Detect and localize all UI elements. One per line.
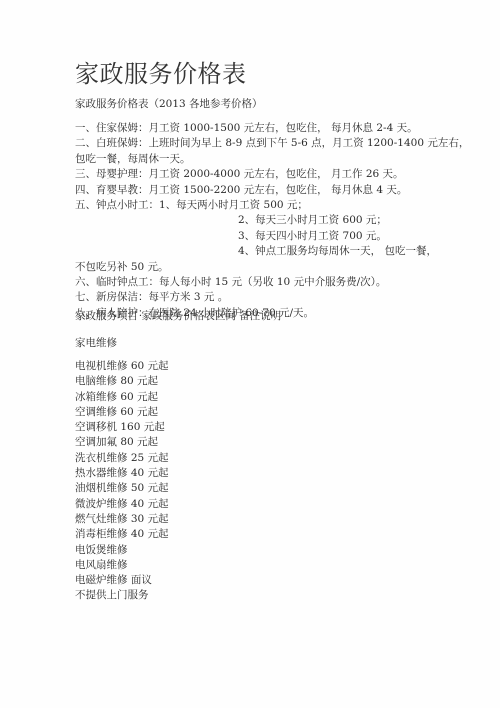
rate-line: 七、新房保洁：每平方米 3 元 。 [75, 290, 435, 305]
list-item: 空调加氟 80 元起 [75, 435, 169, 450]
rate-line: 二、白班保姆：上班时间为早上 8-9 点到下午 5-6 点，月工资 1200-1… [75, 136, 435, 151]
list-item: 电风扇维修 [75, 558, 169, 573]
list-item: 热水器维修 40 元起 [75, 466, 169, 481]
list-item: 消毒柜维修 40 元起 [75, 527, 169, 542]
list-item: 空调移机 160 元起 [75, 420, 169, 435]
category-heading: 家电维修 [75, 336, 117, 351]
list-item: 不提供上门服务 [75, 588, 169, 603]
list-item: 空调维修 60 元起 [75, 405, 169, 420]
rate-line: 不包吃另补 50 元。 [75, 260, 435, 275]
rate-line: 四、育婴早教：月工资 1500-2200 元左右，包吃住， 每月休息 4 天。 [75, 183, 435, 198]
list-item: 洗衣机维修 25 元起 [75, 451, 169, 466]
table-header: 家政服务项目 家政服务价格表区间 备注说明 [75, 309, 281, 324]
repair-list: 电视机维修 60 元起 电脑维修 80 元起 冰箱维修 60 元起 空调维修 6… [75, 359, 169, 604]
rate-subline: 4、钟点工服务均每周休一天， 包吃一餐， [75, 244, 435, 259]
page-subtitle: 家政服务价格表（2013 各地参考价格） [75, 97, 263, 112]
list-item: 冰箱维修 60 元起 [75, 390, 169, 405]
list-item: 油烟机维修 50 元起 [75, 481, 169, 496]
rate-line: 包吃一餐，每周休一天。 [75, 152, 435, 167]
list-item: 微波炉维修 40 元起 [75, 497, 169, 512]
list-item: 电脑维修 80 元起 [75, 374, 169, 389]
list-item: 电饭煲维修 [75, 543, 169, 558]
list-item: 电磁炉维修 面议 [75, 573, 169, 588]
rate-subline: 3、每天四小时月工资 700 元。 [75, 229, 435, 244]
rate-line: 五、钟点小时工：1、每天两小时月工资 500 元； [75, 198, 435, 213]
list-item: 燃气灶维修 30 元起 [75, 512, 169, 527]
document-page: 家政服务价格表 家政服务价格表（2013 各地参考价格） 一、住家保姆：月工资 … [0, 0, 500, 708]
page-title: 家政服务价格表 [75, 58, 247, 90]
rate-line: 一、住家保姆：月工资 1000-1500 元左右，包吃住， 每月休息 2-4 天… [75, 121, 435, 136]
rate-line: 三、母婴护理：月工资 2000-4000 元左右，包吃住， 月工作 26 天。 [75, 167, 435, 182]
list-item: 电视机维修 60 元起 [75, 359, 169, 374]
rate-subline: 2、每天三小时月工资 600 元； [75, 213, 435, 228]
rate-line: 六、临时钟点工：每人每小时 15 元（另收 10 元中介服务费/次）。 [75, 275, 435, 290]
rates-list: 一、住家保姆：月工资 1000-1500 元左右，包吃住， 每月休息 2-4 天… [75, 121, 435, 321]
